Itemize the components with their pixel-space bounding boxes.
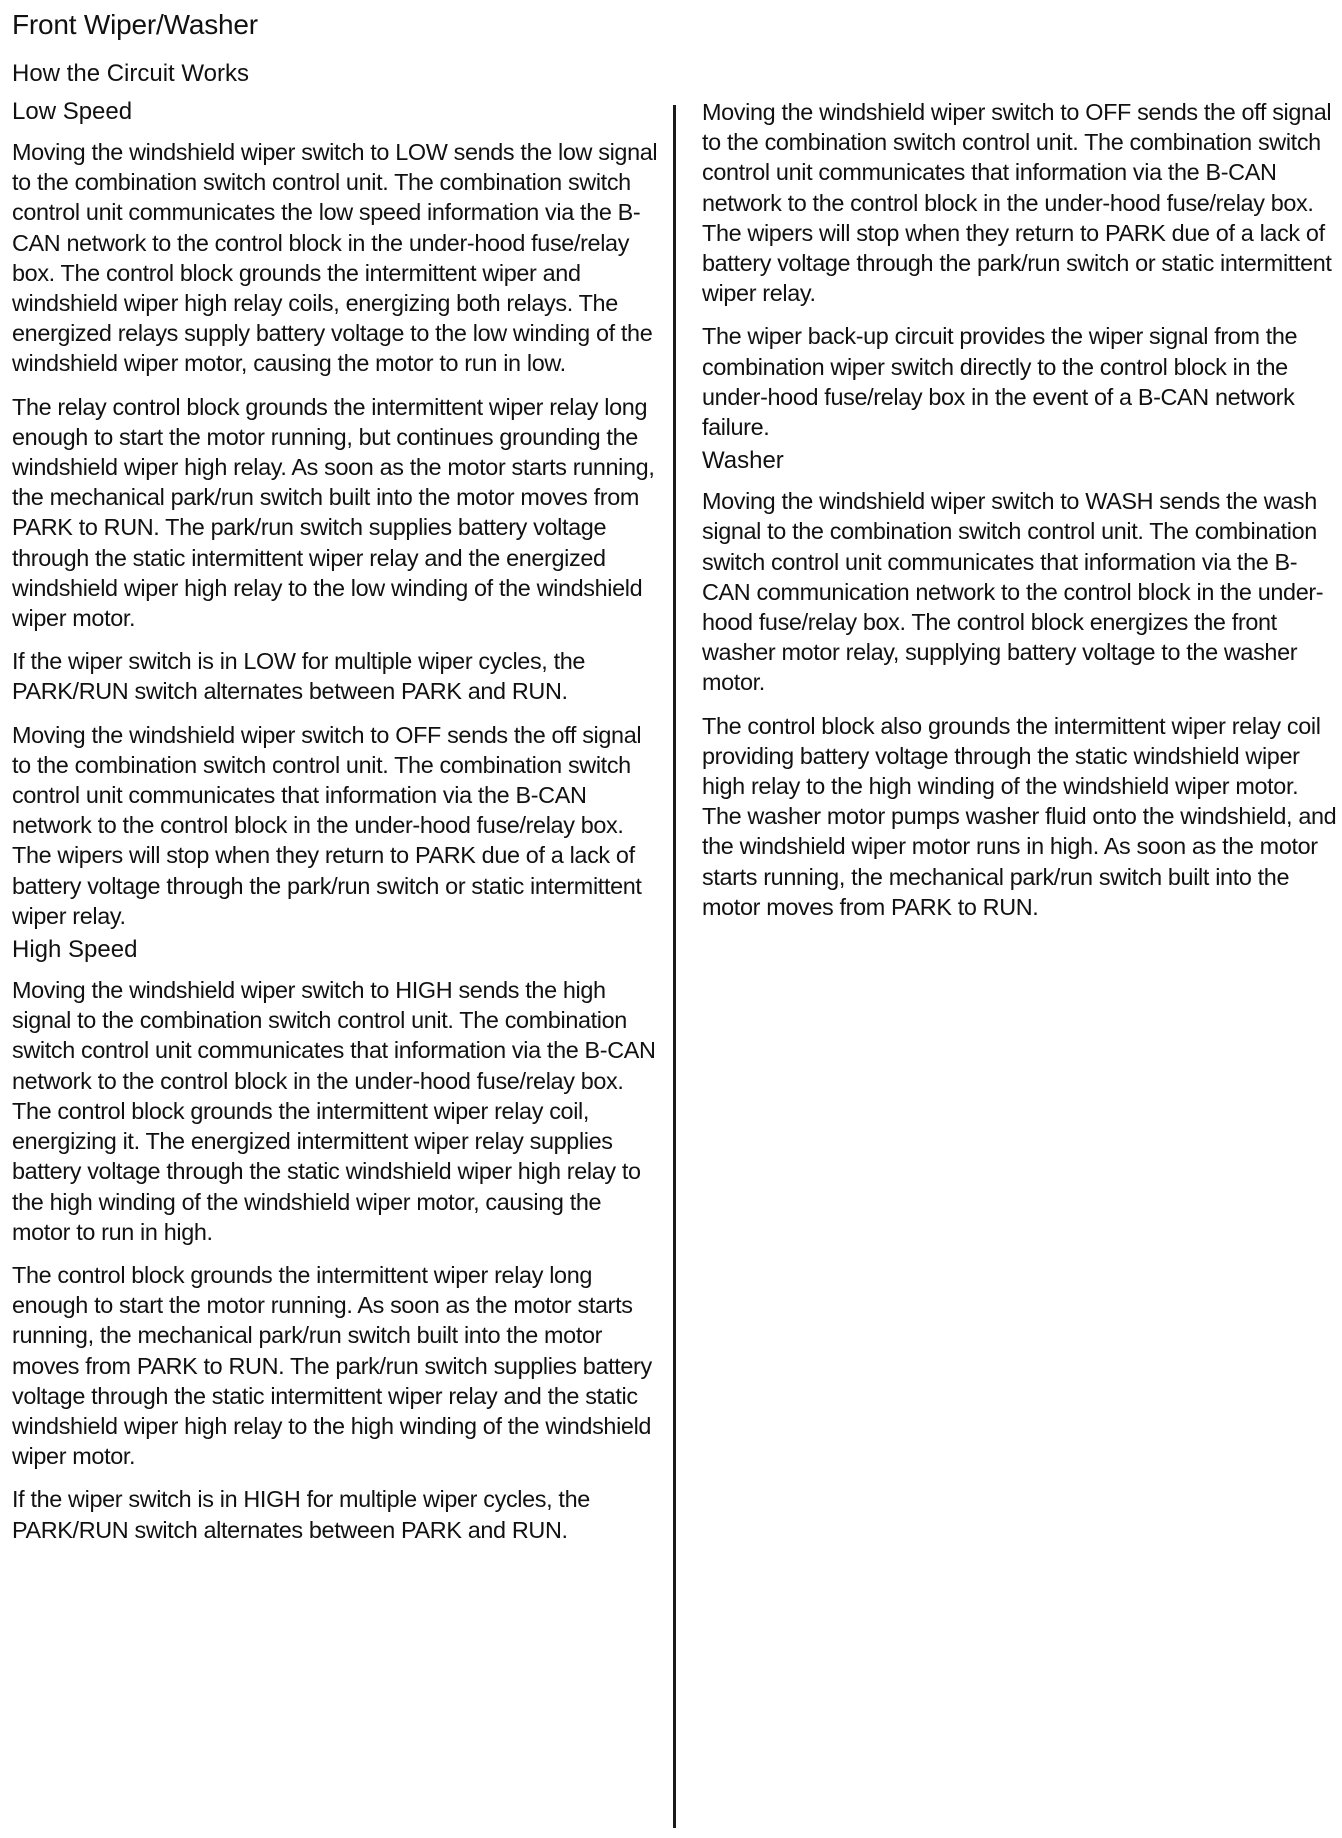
column-divider (673, 105, 676, 1828)
washer-paragraph-1: Moving the windshield wiper switch to WA… (702, 486, 1342, 697)
low-speed-paragraph-4: Moving the windshield wiper switch to OF… (12, 720, 660, 931)
washer-paragraph-2: The control block also grounds the inter… (702, 711, 1342, 922)
backup-circuit-paragraph: The wiper back-up circuit provides the w… (702, 321, 1342, 442)
high-speed-heading: High Speed (12, 935, 662, 965)
high-speed-paragraph-2: The control block grounds the intermitte… (12, 1260, 660, 1471)
right-column: Moving the windshield wiper switch to OF… (702, 97, 1342, 935)
left-column: Low Speed Moving the windshield wiper sw… (12, 97, 662, 1558)
high-speed-paragraph-3: If the wiper switch is in HIGH for multi… (12, 1484, 660, 1544)
off-paragraph: Moving the windshield wiper switch to OF… (702, 97, 1342, 308)
high-speed-paragraph-1: Moving the windshield wiper switch to HI… (12, 975, 660, 1247)
page-title: Front Wiper/Washer (12, 8, 258, 42)
washer-heading: Washer (702, 446, 1342, 476)
washer-section: Washer Moving the windshield wiper switc… (702, 446, 1342, 922)
off-and-backup-section: Moving the windshield wiper switch to OF… (702, 97, 1342, 442)
section-title: How the Circuit Works (12, 59, 249, 89)
low-speed-paragraph-2: The relay control block grounds the inte… (12, 392, 660, 634)
low-speed-section: Low Speed Moving the windshield wiper sw… (12, 97, 662, 931)
low-speed-paragraph-1: Moving the windshield wiper switch to LO… (12, 137, 660, 379)
low-speed-heading: Low Speed (12, 97, 662, 127)
high-speed-section: High Speed Moving the windshield wiper s… (12, 935, 662, 1545)
low-speed-paragraph-3: If the wiper switch is in LOW for multip… (12, 646, 660, 706)
